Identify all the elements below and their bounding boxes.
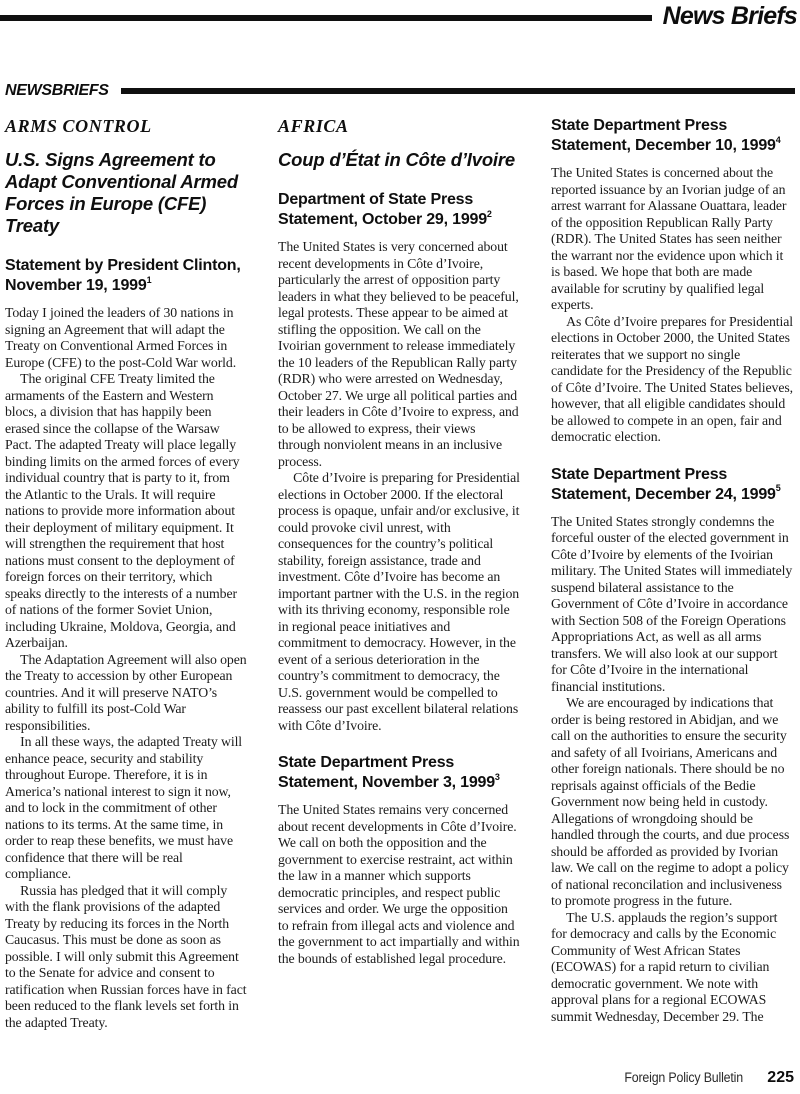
column-layout: ARMS CONTROL U.S. Signs Agreement to Ada…	[0, 116, 800, 1031]
document-page: News Briefs NEWSBRIEFS ARMS CONTROL U.S.…	[0, 0, 800, 1094]
footnote-ref: 4	[776, 135, 781, 145]
statement-section: State Department Press Statement, Decemb…	[551, 116, 794, 446]
section-heading: Statement by President Clinton, November…	[5, 256, 248, 296]
journal-name: Foreign Policy Bulletin	[625, 1070, 744, 1085]
body-paragraph: The United States is very concerned abou…	[278, 239, 521, 470]
section-heading: State Department Press Statement, Novemb…	[278, 753, 521, 793]
footnote-ref: 2	[487, 209, 492, 219]
statement-section: Department of State Press Statement, Oct…	[278, 190, 521, 734]
column-arms-control: ARMS CONTROL U.S. Signs Agreement to Ada…	[5, 116, 248, 1031]
footnote-ref: 1	[147, 275, 152, 285]
kicker-africa: AFRICA	[278, 116, 521, 136]
body-paragraph: The United States strongly condemns the …	[551, 514, 794, 696]
statement-body: The United States is very concerned abou…	[278, 239, 521, 734]
page-footer: Foreign Policy Bulletin 225	[614, 1069, 794, 1087]
body-paragraph: The United States is concerned about the…	[551, 165, 794, 314]
statement-section: State Department Press Statement, Decemb…	[551, 465, 794, 1026]
newsbriefs-label: NEWSBRIEFS	[5, 83, 109, 99]
page-header: News Briefs	[0, 0, 800, 31]
column-africa: AFRICA Coup d’État in Côte d’Ivoire Depa…	[278, 116, 521, 1031]
section-heading: Department of State Press Statement, Oct…	[278, 190, 521, 230]
body-paragraph: The Adaptation Agreement will also open …	[5, 652, 248, 735]
footnote-ref: 5	[776, 483, 781, 493]
section-heading-text: State Department Press Statement, Decemb…	[551, 117, 776, 154]
masthead-title: News Briefs	[663, 4, 797, 31]
body-paragraph: The original CFE Treaty limited the arma…	[5, 371, 248, 652]
footnote-ref: 3	[495, 772, 500, 782]
section-heading-text: Department of State Press Statement, Oct…	[278, 191, 487, 228]
statement-section: Statement by President Clinton, November…	[5, 256, 248, 1031]
body-paragraph: Côte d’Ivoire is preparing for President…	[278, 470, 521, 734]
body-paragraph: As Côte d’Ivoire prepares for Presidenti…	[551, 314, 794, 446]
section-heading-text: Statement by President Clinton, November…	[5, 257, 241, 294]
body-paragraph: The U.S. applauds the region’s support f…	[551, 910, 794, 1026]
page-number: 225	[767, 1069, 794, 1087]
section-heading-text: State Department Press Statement, Decemb…	[551, 466, 776, 503]
column-statements-continued: State Department Press Statement, Decemb…	[551, 116, 794, 1031]
section-heading-text: State Department Press Statement, Novemb…	[278, 754, 495, 791]
body-paragraph: We are encouraged by indications that or…	[551, 695, 794, 910]
section-heading: State Department Press Statement, Decemb…	[551, 116, 794, 156]
body-paragraph: In all these ways, the adapted Treaty wi…	[5, 734, 248, 883]
newsbriefs-rule	[121, 88, 795, 94]
newsbriefs-bar: NEWSBRIEFS	[5, 83, 795, 99]
statement-section: State Department Press Statement, Novemb…	[278, 753, 521, 967]
kicker-arms-control: ARMS CONTROL	[5, 116, 248, 136]
body-paragraph: Today I joined the leaders of 30 nations…	[5, 305, 248, 371]
statement-body: The United States strongly condemns the …	[551, 514, 794, 1026]
section-heading: State Department Press Statement, Decemb…	[551, 465, 794, 505]
header-rule	[0, 15, 652, 21]
article-title-cfe-treaty: U.S. Signs Agreement to Adapt Convention…	[5, 149, 248, 237]
article-title-coup-cote-divoire: Coup d’État in Côte d’Ivoire	[278, 149, 521, 171]
body-paragraph: The United States remains very concerned…	[278, 802, 521, 967]
statement-body: Today I joined the leaders of 30 nations…	[5, 305, 248, 1031]
body-paragraph: Russia has pledged that it will comply w…	[5, 883, 248, 1032]
statement-body: The United States is concerned about the…	[551, 165, 794, 446]
statement-body: The United States remains very concerned…	[278, 802, 521, 967]
